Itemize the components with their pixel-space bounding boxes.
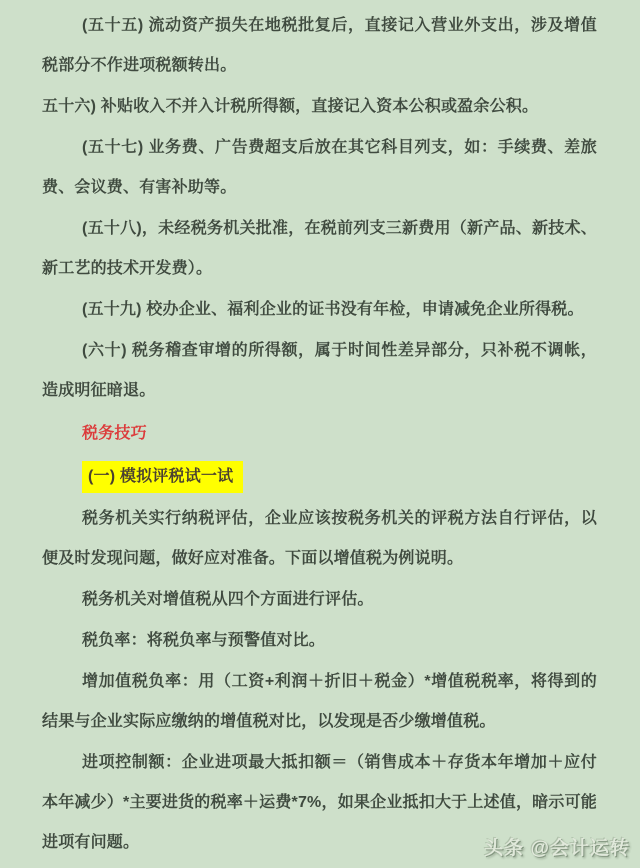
section-heading: 税务技巧 [42,414,597,454]
paragraph: (五十五) 流动资产损失在地税批复后，直接记入营业外支出，涉及增值税部分不作进项… [42,6,597,86]
paragraph: (五十八)，未经税务机关批准，在税前列支三新费用（新产品、新技术、新工艺的技术开… [42,209,597,289]
paragraph: 税务机关对增值税从四个方面进行评估。 [42,580,597,620]
highlighted-subheading-text: (一) 模拟评税试一试 [82,461,243,493]
watermark-text: 头条 @会计运转 [484,838,630,859]
paragraph: (五十九) 校办企业、福利企业的证书没有年检，申请减免企业所得税。 [42,290,597,330]
highlighted-subheading: (一) 模拟评税试一试 [42,457,597,497]
paragraph: 增加值税负率：用（工资+利润＋折旧＋税金）*增值税税率，将得到的结果与企业实际应… [42,662,597,742]
paragraph: 税务机关实行纳税评估，企业应该按税务机关的评税方法自行评估，以便及时发现问题，做… [42,499,597,579]
paragraph: (六十) 税务稽查审增的所得额，属于时间性差异部分，只补税不调帐，造成明征暗退。 [42,331,597,411]
document-page: (五十五) 流动资产损失在地税批复后，直接记入营业外支出，涉及增值税部分不作进项… [0,0,640,868]
paragraph: (五十七) 业务费、广告费超支后放在其它科目列支，如：手续费、差旅费、会议费、有… [42,128,597,208]
paragraph: 五十六) 补贴收入不并入计税所得额，直接记入资本公积或盈余公积。 [42,87,597,127]
watermark: 头条 @会计运转 [484,833,630,860]
document-body: (五十五) 流动资产损失在地税批复后，直接记入营业外支出，涉及增值税部分不作进项… [42,6,597,863]
paragraph: 税负率：将税负率与预警值对比。 [42,621,597,661]
